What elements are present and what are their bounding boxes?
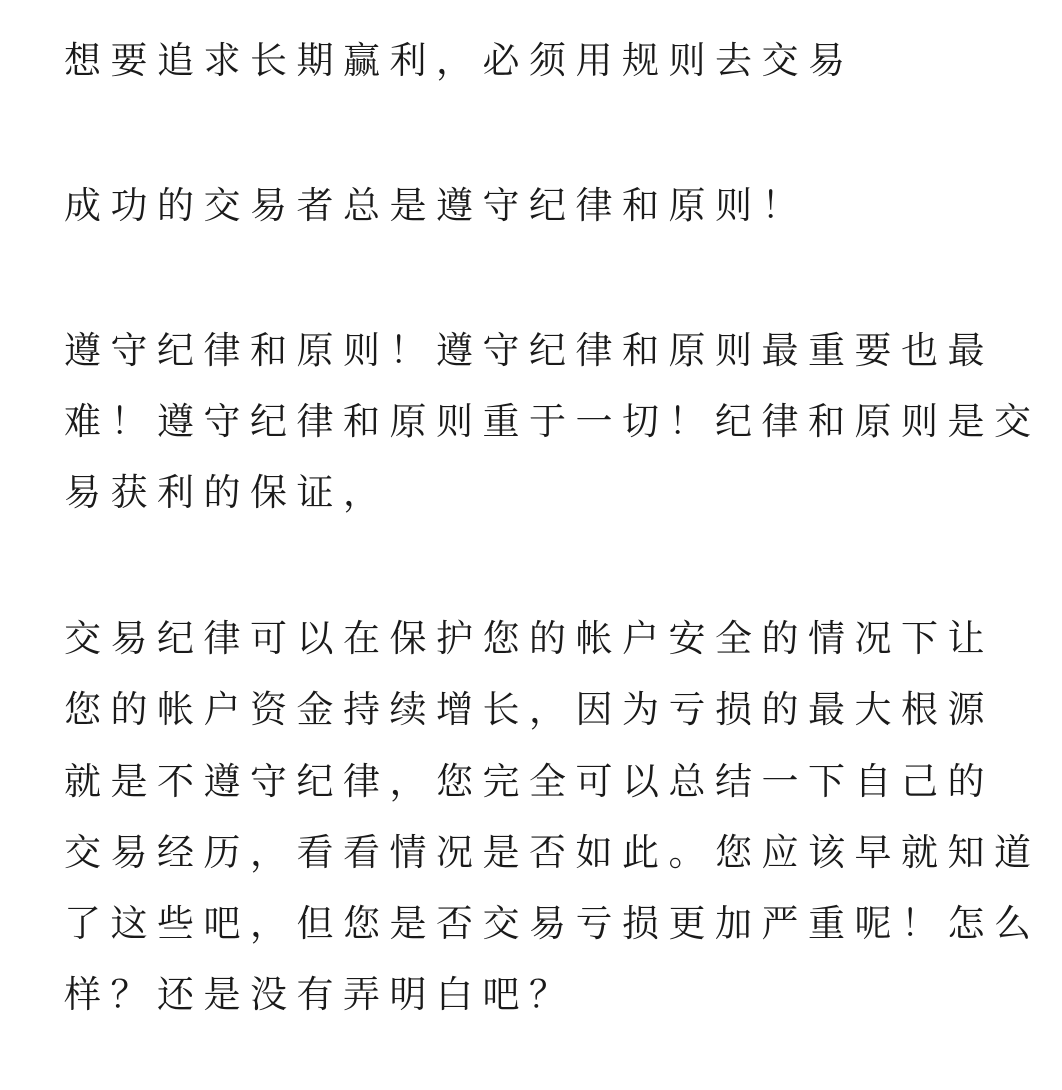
paragraph-2-line-1: 成功的交易者总是遵守纪律和原则！: [64, 181, 808, 231]
paragraph-3-line-2: 难！遵守纪律和原则重于一切！纪律和原则是交: [64, 397, 1041, 447]
paragraph-4-line-2: 您的帐户资金持续增长，因为亏损的最大根源: [64, 685, 994, 735]
paragraph-3-line-1: 遵守纪律和原则！遵守纪律和原则最重要也最: [64, 326, 994, 376]
paragraph-4-line-4: 交易经历，看看情况是否如此。您应该早就知道: [64, 828, 1041, 878]
paragraph-3-line-3: 易获利的保证，: [64, 468, 390, 518]
paragraph-4-line-1: 交易纪律可以在保护您的帐户安全的情况下让: [64, 614, 994, 664]
paragraph-4-line-5: 了这些吧，但您是否交易亏损更加严重呢！怎么: [64, 899, 1041, 949]
paragraph-1-line-1: 想要追求长期赢利，必须用规则去交易: [64, 36, 855, 86]
paragraph-4-line-6: 样？还是没有弄明白吧？: [64, 970, 576, 1020]
paragraph-4-line-3: 就是不遵守纪律，您完全可以总结一下自己的: [64, 757, 994, 807]
